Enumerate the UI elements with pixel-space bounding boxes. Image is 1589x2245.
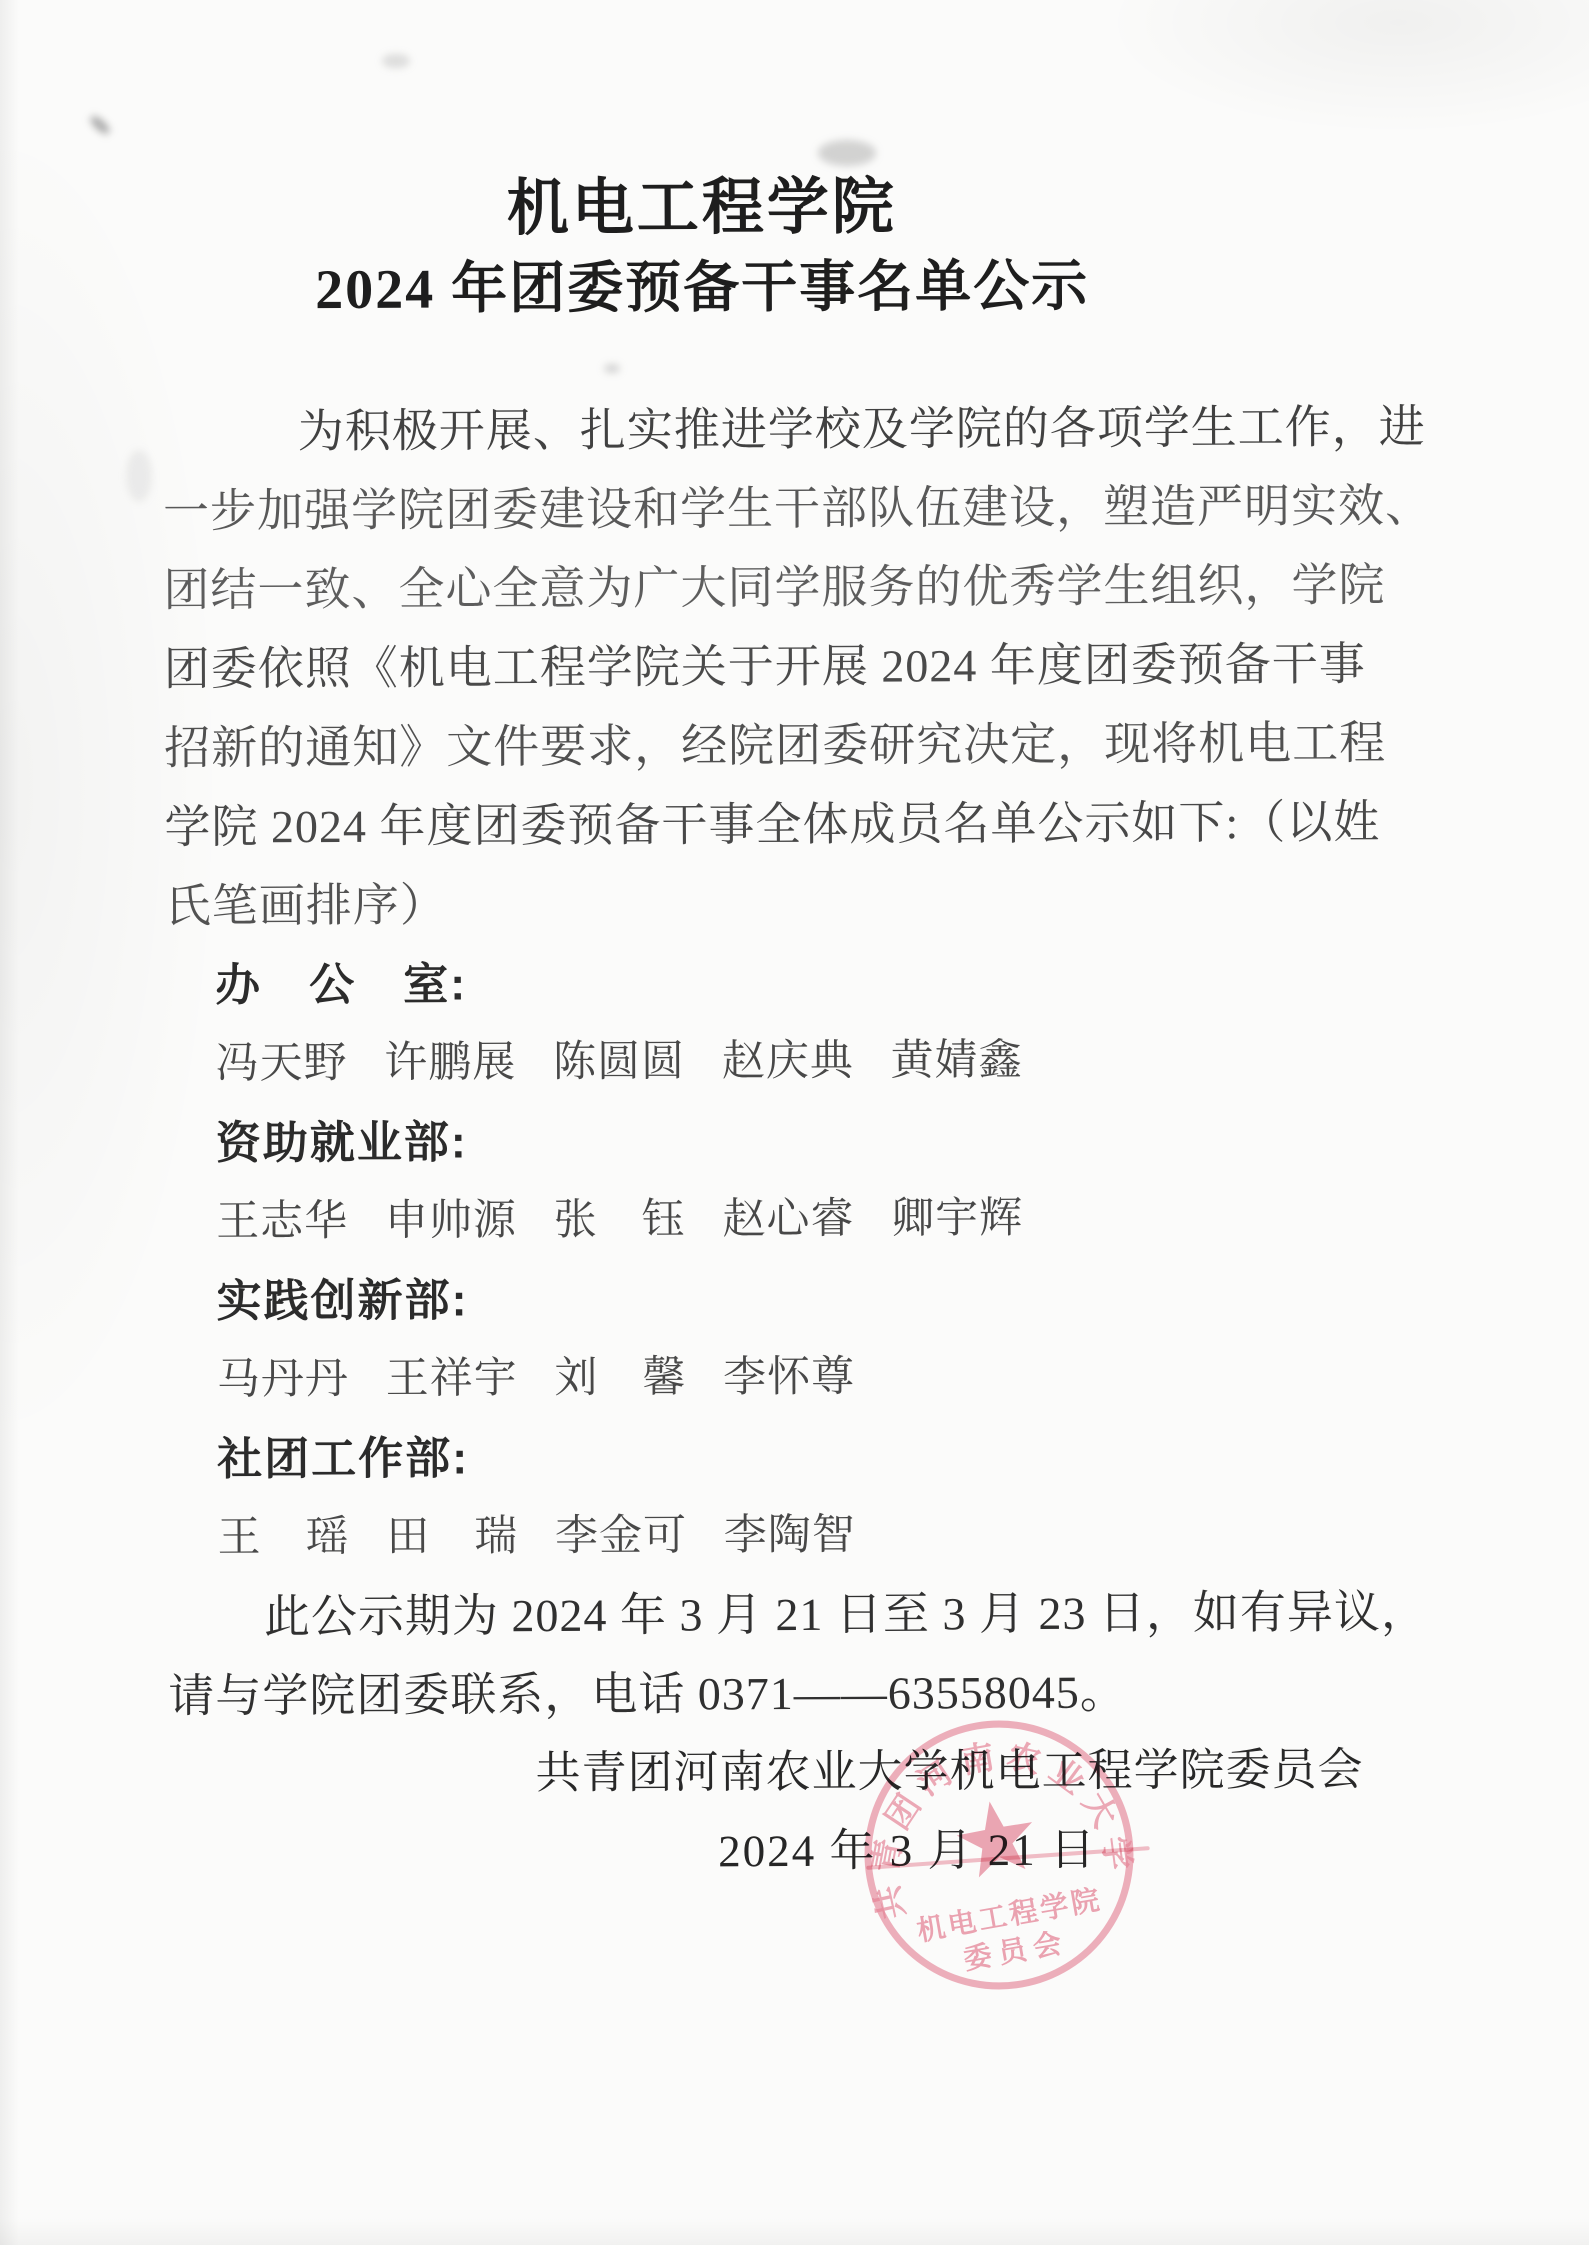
intro-line: 团结一致、全心全意为广大同学服务的优秀学生组织，学院 bbox=[163, 545, 1423, 629]
member-name: 王 瑶 bbox=[217, 1498, 349, 1578]
section-heading: 办 公 室: bbox=[165, 940, 1425, 1024]
member-name: 赵庆典 bbox=[722, 1022, 854, 1102]
intro-line: 招新的通知》文件要求，经院团委研究决定，现将机电工程 bbox=[164, 703, 1424, 787]
member-name: 黄婧鑫 bbox=[890, 1021, 1022, 1101]
intro-line: 一步加强学院团委建设和学生干部队伍建设，塑造严明实效、 bbox=[163, 466, 1423, 550]
section-office: 办 公 室: 冯天野 许鹏展 陈圆圆 赵庆典 黄婧鑫 bbox=[165, 940, 1426, 1103]
member-name: 李金可 bbox=[555, 1496, 687, 1576]
member-name: 陈圆圆 bbox=[553, 1022, 685, 1102]
member-row: 冯天野 许鹏展 陈圆圆 赵庆典 黄婧鑫 bbox=[165, 1019, 1425, 1103]
scan-smudge bbox=[604, 364, 620, 373]
member-name: 李怀尊 bbox=[723, 1338, 855, 1418]
member-row: 马丹丹 王祥宇 刘 馨 李怀尊 bbox=[167, 1335, 1427, 1419]
intro-line: 学院 2024 年度团委预备干事全体成员名单公示如下:（以姓 bbox=[164, 782, 1424, 866]
intro-line: 为积极开展、扎实推进学校及学院的各项学生工作，进 bbox=[163, 387, 1423, 471]
member-name: 申帅源 bbox=[385, 1181, 517, 1261]
member-name: 王志华 bbox=[216, 1182, 348, 1262]
member-name: 马丹丹 bbox=[217, 1340, 349, 1420]
intro-line: 氏笔画排序） bbox=[165, 861, 1425, 945]
member-name: 刘 馨 bbox=[554, 1338, 686, 1418]
closing-line: 请与学院团委联系，电话 0371——63558045。 bbox=[168, 1651, 1428, 1735]
intro-line: 团委依照《机电工程学院关于开展 2024 年度团委预备干事 bbox=[164, 624, 1424, 708]
member-name: 冯天野 bbox=[215, 1024, 347, 1104]
member-name: 田 瑞 bbox=[386, 1497, 518, 1577]
title-line-2: 2024 年团委预备干事名单公示 bbox=[162, 246, 1242, 331]
section-club-work: 社团工作部: 王 瑶 田 瑞 李金可 李陶智 bbox=[167, 1414, 1428, 1577]
member-row: 王志华 申帅源 张 钰 赵心睿 卿宇辉 bbox=[166, 1177, 1426, 1261]
seal-star-icon bbox=[952, 1795, 1040, 1880]
intro-paragraph: 为积极开展、扎实推进学校及学院的各项学生工作，进 一步加强学院团委建设和学生干部… bbox=[163, 387, 1425, 945]
member-name: 张 钰 bbox=[554, 1180, 686, 1260]
closing-line: 此公示期为 2024 年 3 月 21 日至 3 月 23 日，如有异议， bbox=[168, 1572, 1428, 1656]
section-heading: 资助就业部: bbox=[166, 1098, 1426, 1182]
section-heading: 实践创新部: bbox=[166, 1256, 1426, 1340]
member-name: 李陶智 bbox=[724, 1496, 856, 1576]
document-page: 机电工程学院 2024 年团委预备干事名单公示 为积极开展、扎实推进学校及学院的… bbox=[0, 0, 1589, 2245]
member-name: 许鹏展 bbox=[384, 1023, 516, 1103]
section-aid-employment: 资助就业部: 王志华 申帅源 张 钰 赵心睿 卿宇辉 bbox=[166, 1098, 1427, 1261]
document-content: 机电工程学院 2024 年团委预备干事名单公示 为积极开展、扎实推进学校及学院的… bbox=[0, 0, 1589, 1894]
scan-smudge bbox=[382, 54, 410, 68]
section-heading: 社团工作部: bbox=[167, 1414, 1427, 1498]
scan-smudge bbox=[126, 450, 152, 502]
title-line-1: 机电工程学院 bbox=[162, 166, 1242, 251]
closing-paragraph: 此公示期为 2024 年 3 月 21 日至 3 月 23 日，如有异议， 请与… bbox=[168, 1572, 1429, 1735]
date-line: 2024 年 3 月 21 日 bbox=[169, 1809, 1429, 1893]
member-name: 卿宇辉 bbox=[891, 1179, 1023, 1259]
scan-smudge bbox=[818, 140, 876, 166]
signature-line: 共青团河南农业大学机电工程学院委员会 bbox=[168, 1730, 1428, 1814]
document-title: 机电工程学院 2024 年团委预备干事名单公示 bbox=[162, 165, 1423, 330]
official-seal: 共青团河南农业大学 机电工程学院 委员会 bbox=[858, 1714, 1140, 1996]
section-practice-innovation: 实践创新部: 马丹丹 王祥宇 刘 馨 李怀尊 bbox=[166, 1256, 1427, 1419]
member-name: 赵心睿 bbox=[722, 1180, 854, 1260]
member-row: 王 瑶 田 瑞 李金可 李陶智 bbox=[167, 1493, 1427, 1577]
member-name: 王祥宇 bbox=[385, 1339, 517, 1419]
